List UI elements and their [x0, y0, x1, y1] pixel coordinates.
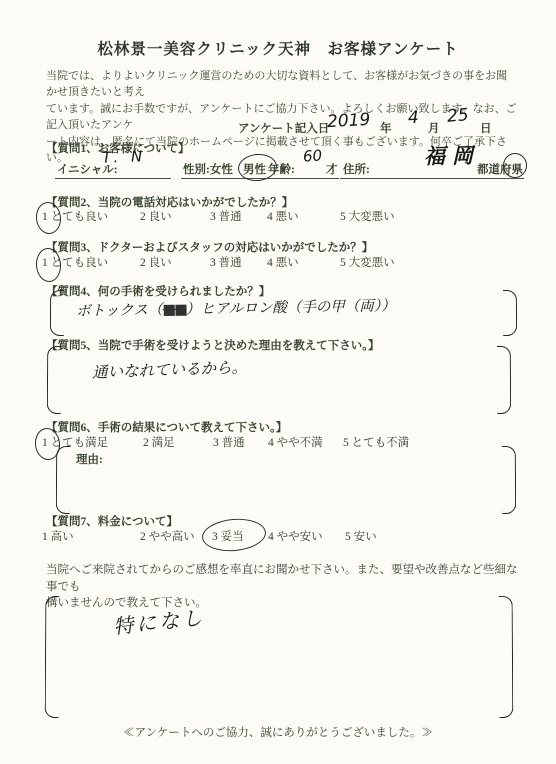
handwritten-year: 2019 [327, 110, 371, 132]
option-item: 5 安い [345, 528, 377, 544]
reason-bracket-right [502, 446, 516, 514]
option-item: 3 普通 [210, 254, 242, 270]
feedback-prompt-line: 構いませんので教えて下さい。 [46, 595, 526, 612]
day-unit: 日 [480, 120, 492, 136]
option-item: 3 普通 [210, 208, 242, 224]
handwritten-answer-q4: ボトックス（■■）ヒアルロン酸（手の甲（両）） [76, 294, 396, 321]
procedure-text: ボトックス（ [76, 302, 163, 320]
question-2-options: 1 とても良い 2 良い 3 普通 4 悪い 5 大変悪い [0, 208, 556, 228]
option-item: 2 満足 [143, 434, 175, 450]
selection-circle-q7 [201, 516, 268, 553]
option-item: 5 大変悪い [340, 254, 395, 270]
answer-bracket-left-q5 [47, 346, 61, 414]
footer-thanks: ≪アンケートへのご協力、誠にありがとうございました。≫ [0, 724, 556, 740]
option-item: 2 良い [140, 254, 172, 270]
question-7-options: 1 高い 2 やや高い 3 妥当 4 やや安い 5 安い [0, 528, 556, 548]
option-item: 2 良い [140, 208, 172, 224]
feedback-bracket-right [499, 596, 514, 718]
survey-scan-page: 松林景一美容クリニック天神 お客様アンケート 当院では、よりよいクリニック運営の… [0, 0, 556, 764]
option-item: 5 とても不満 [343, 434, 409, 450]
feedback-bracket-left [45, 596, 60, 718]
question-6-header: 【質問6、手術の結果について教えて下さい。】 [46, 419, 287, 435]
procedure-text: ）ヒアルロン酸（手の甲（両）） [186, 298, 396, 318]
handwritten-month: 4 [408, 108, 420, 128]
age-label: 年齢: [268, 161, 295, 177]
month-unit: 月 [428, 120, 440, 136]
question-5-header: 【質問5、当院で手術を受けようと決めた理由を教えて下さい。】 [46, 337, 380, 353]
option-item: 4 やや安い [268, 528, 323, 544]
option-item: 4 悪い [267, 254, 299, 270]
scribbled-out-text: ■■ [162, 302, 186, 318]
question-7-header: 【質問7、料金について】 [46, 513, 178, 529]
option-item: 1 高い [42, 528, 74, 544]
handwritten-day: 25 [446, 105, 469, 127]
option-item: 3 普通 [213, 434, 245, 450]
answer-bracket-left-q4 [50, 290, 64, 336]
answer-bracket-right-q4 [503, 290, 517, 336]
handwritten-age: 60 [302, 146, 322, 165]
intro-line: 当院では、よりよいクリニック運営のための大切な資料として、お客様がお気づきの事を… [46, 68, 518, 101]
option-item: 4 悪い [267, 208, 299, 224]
age-unit: 才 [326, 161, 338, 177]
gender-label: 性別:女性 [183, 161, 233, 177]
survey-title: 松林景一美容クリニック天神 お客様アンケート [0, 37, 556, 59]
handwritten-address: 福岡 [424, 140, 481, 171]
option-item: 2 やや高い [140, 528, 195, 544]
reason-label: 理由: [76, 451, 103, 467]
option-item: 4 やや不満 [268, 434, 323, 450]
handwritten-initial: T. N [102, 147, 147, 167]
address-label: 住所: [343, 161, 370, 177]
reason-bracket-left [56, 446, 70, 514]
feedback-prompt-line: 当院へご来院されてからのご感想を率直にお聞かせ下さい。また、要望や改善点など些細… [46, 562, 526, 595]
handwritten-answer-q5: 通いなれているから。 [92, 355, 248, 382]
date-label: アンケート記入日 [238, 120, 329, 136]
answer-bracket-right-q5 [497, 346, 511, 414]
question-3-options: 1 とても良い 2 良い 3 普通 4 悪い 5 大変悪い [0, 254, 556, 274]
year-unit: 年 [380, 120, 392, 136]
option-item: 5 大変悪い [340, 208, 395, 224]
question-3-header: 【質問3、ドクターおよびスタッフの対応はいかがでしたか？】 [46, 239, 373, 255]
feedback-prompt: 当院へご来院されてからのご感想を率直にお聞かせ下さい。また、要望や改善点など些細… [46, 562, 526, 612]
